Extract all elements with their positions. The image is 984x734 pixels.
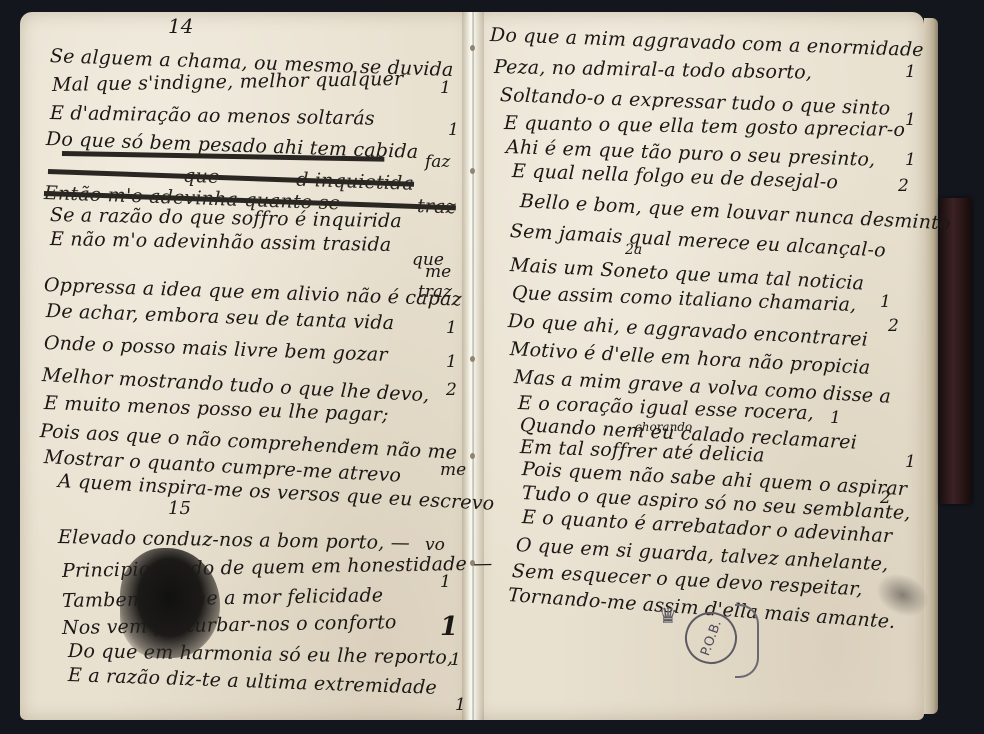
binding-stitch <box>470 356 475 362</box>
binding-stitch <box>470 453 475 459</box>
margin-note: 2 <box>446 380 457 400</box>
margin-note: vo <box>425 535 445 555</box>
ink-blot <box>120 548 220 658</box>
library-stamp: ♛ P.O.B. <box>655 602 775 682</box>
interlinear-note: chorando <box>635 420 692 434</box>
margin-note: 1 <box>905 452 916 472</box>
page-number: 14 <box>168 14 193 38</box>
binding-stitch <box>470 168 475 174</box>
leather-strap <box>940 198 972 504</box>
margin-note: 1 <box>450 650 461 670</box>
margin-note: me <box>440 460 466 480</box>
margin-note: 2 <box>898 176 909 196</box>
crown-icon: ♛ <box>655 602 681 632</box>
margin-note: 1 <box>440 572 451 592</box>
margin-note: me <box>425 262 451 282</box>
binding-stitch <box>470 45 475 51</box>
margin-note: 1 <box>830 408 841 428</box>
margin-note: 2 <box>880 488 891 508</box>
margin-note: 1 <box>905 110 916 130</box>
margin-note: 1 <box>448 120 459 140</box>
margin-note: 1 <box>440 612 458 642</box>
margin-note: 1 <box>446 318 457 338</box>
margin-note: 2 <box>888 316 899 336</box>
section-number: 15 <box>168 498 191 519</box>
margin-note: 1 <box>880 292 891 312</box>
stamp-ribbon <box>735 604 759 678</box>
margin-note: 1 <box>905 150 916 170</box>
binding-gutter <box>462 12 484 720</box>
margin-note: traz <box>418 282 452 302</box>
margin-note: 1 <box>446 352 457 372</box>
page-edges <box>924 18 938 714</box>
margin-note: 1 <box>905 62 916 82</box>
margin-note: 1 <box>455 695 466 715</box>
superscript-note: 2a <box>625 242 642 258</box>
notebook-spread: 14 Se alguem a chama, ou mesmo se duvida… <box>0 0 984 734</box>
margin-note: 1 <box>440 78 451 98</box>
margin-note: faz <box>425 152 450 172</box>
